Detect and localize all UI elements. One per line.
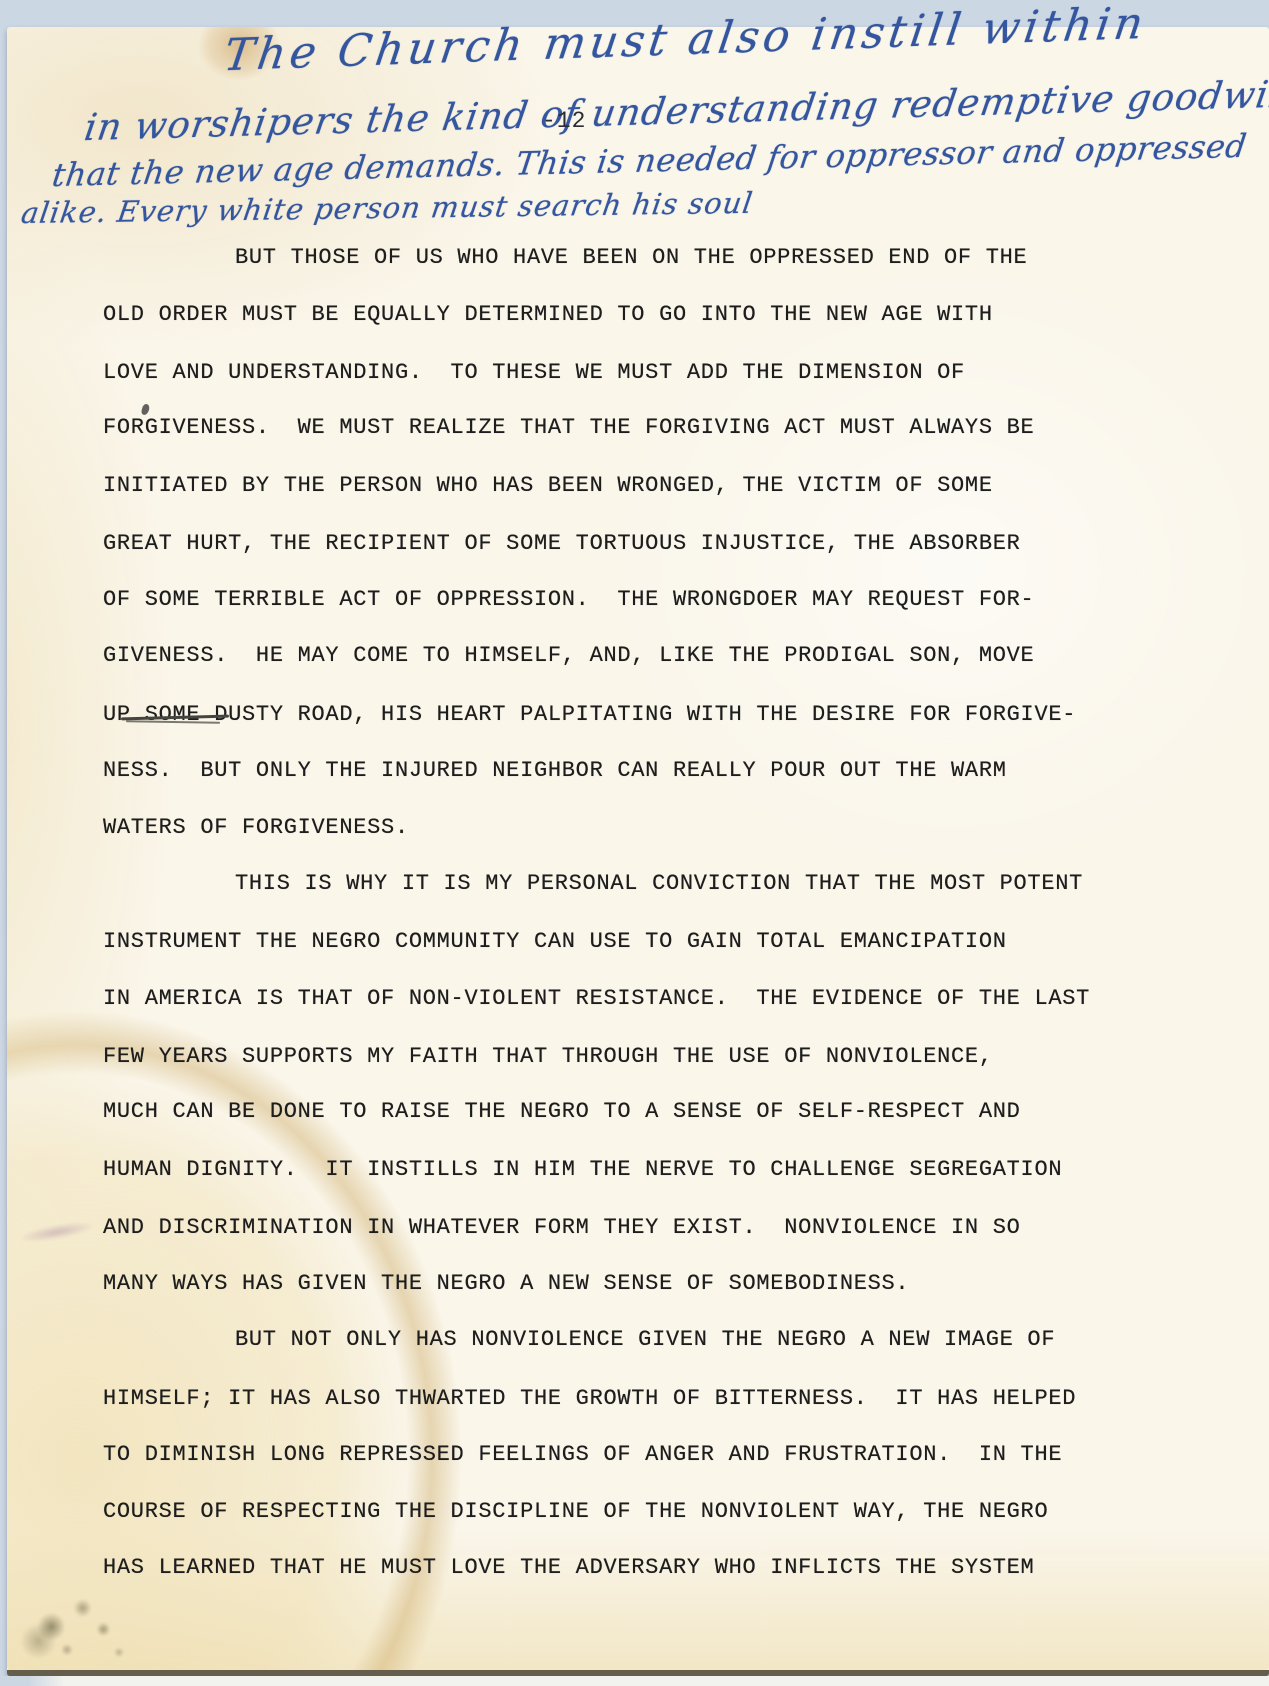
typed-line: FORGIVENESS. WE MUST REALIZE THAT THE FO… xyxy=(103,415,1143,472)
typed-line: INSTRUMENT THE NEGRO COMMUNITY CAN USE T… xyxy=(103,929,1143,986)
typed-line: IN AMERICA IS THAT OF NON-VIOLENT RESIST… xyxy=(103,986,1143,1043)
typed-line: MANY WAYS HAS GIVEN THE NEGRO A NEW SENS… xyxy=(103,1271,1143,1328)
page-number: -12 xyxy=(542,108,586,134)
handwritten-annotation-line-4: alike. Every white person must search hi… xyxy=(19,186,755,230)
typed-line: WATERS OF FORGIVENESS. xyxy=(103,815,1143,872)
typed-line: HUMAN DIGNITY. IT INSTILLS IN HIM THE NE… xyxy=(103,1157,1143,1214)
scanned-document: The Church must also instill within in w… xyxy=(0,0,1269,1686)
typed-line: GIVENESS. HE MAY COME TO HIMSELF, AND, L… xyxy=(103,643,1143,700)
handwritten-annotation-line-1: The Church must also instill within xyxy=(221,0,1150,81)
ink-smudge xyxy=(19,1219,94,1246)
typed-line: AND DISCRIMINATION IN WHATEVER FORM THEY… xyxy=(103,1215,1143,1272)
typed-line: COURSE OF RESPECTING THE DISCIPLINE OF T… xyxy=(103,1499,1143,1556)
typed-line: MUCH CAN BE DONE TO RAISE THE NEGRO TO A… xyxy=(103,1099,1143,1156)
typed-line: HIMSELF; IT HAS ALSO THWARTED THE GROWTH… xyxy=(103,1386,1143,1443)
typed-line: THIS IS WHY IT IS MY PERSONAL CONVICTION… xyxy=(103,871,1143,928)
typed-line: BUT NOT ONLY HAS NONVIOLENCE GIVEN THE N… xyxy=(103,1327,1143,1384)
typed-line: FEW YEARS SUPPORTS MY FAITH THAT THROUGH… xyxy=(103,1044,1143,1101)
typed-line: BUT THOSE OF US WHO HAVE BEEN ON THE OPP… xyxy=(103,245,1143,302)
typed-line: TO DIMINISH LONG REPRESSED FEELINGS OF A… xyxy=(103,1442,1143,1499)
typed-body-text: BUT THOSE OF US WHO HAVE BEEN ON THE OPP… xyxy=(103,245,1143,1613)
page-content: The Church must also instill within in w… xyxy=(0,0,1269,1686)
typed-line: GREAT HURT, THE RECIPIENT OF SOME TORTUO… xyxy=(103,531,1143,588)
typed-line: LOVE AND UNDERSTANDING. TO THESE WE MUST… xyxy=(103,360,1143,417)
typed-line: INITIATED BY THE PERSON WHO HAS BEEN WRO… xyxy=(103,473,1143,530)
typed-line: OF SOME TERRIBLE ACT OF OPPRESSION. THE … xyxy=(103,587,1143,644)
typed-line: NESS. BUT ONLY THE INJURED NEIGHBOR CAN … xyxy=(103,758,1143,815)
dirt-smudge xyxy=(15,1580,145,1665)
typed-line: OLD ORDER MUST BE EQUALLY DETERMINED TO … xyxy=(103,302,1143,359)
typed-line: UP SOME DUSTY ROAD, HIS HEART PALPITATIN… xyxy=(103,702,1143,759)
typed-line: HAS LEARNED THAT HE MUST LOVE THE ADVERS… xyxy=(103,1555,1143,1612)
